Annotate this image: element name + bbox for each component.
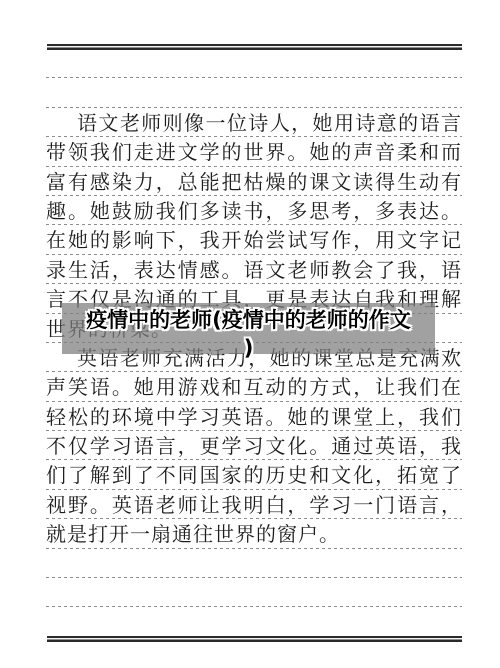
title-overlay-banner: 疫情中的老师(疫情中的老师的作文 ): [62, 303, 435, 354]
ruled-line: [46, 549, 462, 578]
essay-page: 语文老师则像一位诗人，她用诗意的语言 带领我们走进文学的世界。她的声音柔和而 富…: [0, 0, 500, 668]
text-row: 轻松的环境中学习英语。她的课堂上，我们: [46, 402, 462, 431]
text-row: 视野。英语老师让我明白，学习一门语言，: [46, 490, 462, 519]
overlay-title-line2: ): [62, 334, 435, 362]
text-row: 在她的影响下，我开始尝试写作，用文字记: [46, 225, 462, 254]
text-row: 声笑语。她用游戏和互动的方式，让我们在: [46, 372, 462, 401]
ruled-line: [46, 49, 462, 78]
text-row: 富有感染力，总能把枯燥的课文读得生动有: [46, 167, 462, 196]
bottom-border-line: [47, 636, 462, 642]
text-row: 趣。她鼓励我们多读书，多思考，多表达。: [46, 196, 462, 225]
ruled-line: [46, 578, 462, 607]
overlay-title-line1: 疫情中的老师(疫情中的老师的作文: [62, 306, 435, 334]
text-row: 们了解到了不同国家的历史和文化，拓宽了: [46, 460, 462, 489]
text-row: 录生活，表达情感。语文老师教会了我，语: [46, 255, 462, 284]
text-row: 带领我们走进文学的世界。她的声音柔和而: [46, 137, 462, 166]
text-row: 不仅学习语言，更学习文化。通过英语，我: [46, 431, 462, 460]
text-row: 就是打开一扇通往世界的窗户。: [46, 519, 462, 548]
text-row: 语文老师则像一位诗人，她用诗意的语言: [46, 108, 462, 137]
ruled-line: [46, 78, 462, 107]
